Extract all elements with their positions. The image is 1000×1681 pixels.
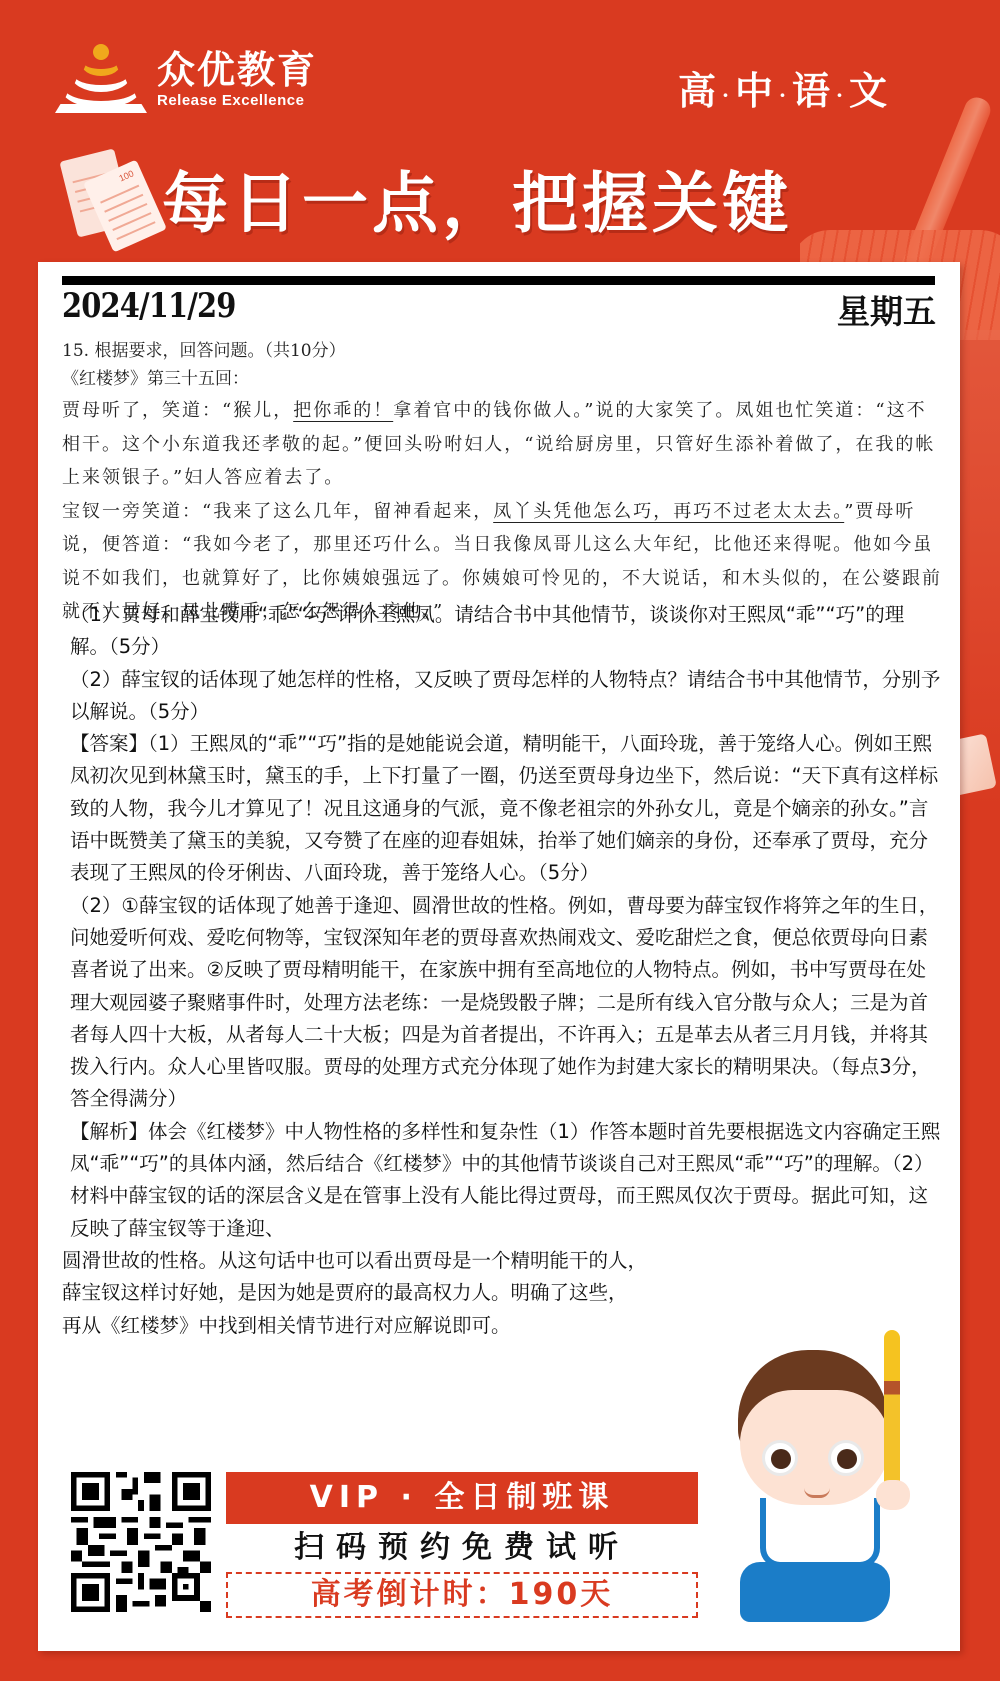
answer-section: （1）贾母和薛宝钗用“乖”“巧”评价王熙凤。请结合书中其他情节，谈谈你对王熙凤“… [62, 599, 942, 1342]
weekday: 星期五 [837, 286, 936, 333]
subject-char: 高 [678, 68, 718, 113]
top-rule-divider [62, 276, 935, 285]
analysis-line: 再从《红楼梦》中找到相关情节进行对应解说即可。 [62, 1310, 682, 1342]
mascot-eye [828, 1440, 864, 1476]
qr-code[interactable] [71, 1472, 211, 1612]
passage-paragraph: 贾母听了，笑道：“猴儿，把你乖的！拿着官中的钱你做人。”说的大家笑了。凤姐也忙笑… [62, 394, 942, 495]
exam-paper-icon: 100 [62, 150, 162, 250]
mascot-hand [876, 1480, 910, 1510]
analysis-line: 圆滑世故的性格。从这句话中也可以看出贾母是一个精明能干的人， [62, 1245, 682, 1277]
underlined-phrase: 把你乖的！ [293, 400, 393, 421]
question-title: 15. 根据要求，回答问题。（共10分） [62, 338, 942, 364]
mascot-eye [762, 1440, 798, 1476]
mascot-legs [740, 1562, 890, 1622]
calligraphy-brush-icon [884, 1330, 900, 1500]
mascot-smile [804, 1488, 830, 1498]
analysis: 【解析】体会《红楼梦》中人物性格的多样性和复杂性（1）作答本题时首先要根据选文内… [62, 1116, 942, 1245]
answer-part-2: （2）①薛宝钗的话体现了她善于逢迎、圆滑世故的性格。例如，曹母要为薛宝钗作将笄之… [62, 890, 942, 1116]
qr-code-icon [71, 1472, 211, 1612]
passage: 贾母听了，笑道：“猴儿，把你乖的！拿着官中的钱你做人。”说的大家笑了。凤姐也忙笑… [62, 394, 942, 629]
logo-icon [55, 42, 147, 114]
analysis-tail: 圆滑世故的性格。从这句话中也可以看出贾母是一个精明能干的人， 薛宝钗这样讨好她，… [62, 1245, 682, 1342]
headline: 每日一点，把握关键 [162, 150, 792, 245]
subject-char: 语 [792, 68, 832, 113]
mascot-face [740, 1390, 890, 1505]
subject-title: 高·中·语·文 [678, 60, 889, 115]
brand-name: 众优教育 [157, 48, 317, 92]
subject-char: 文 [849, 68, 889, 113]
question-section: 15. 根据要求，回答问题。（共10分） 《红楼梦》第三十五回： 贾母听了，笑道… [62, 338, 942, 629]
vip-course-banner[interactable]: VIP · 全日制班课 [226, 1472, 698, 1524]
brand-logo: 众优教育 Release Excellence [55, 42, 317, 114]
scan-to-book-label: 扫码预约免费试听 [226, 1524, 698, 1572]
analysis-line: 薛宝钗这样讨好她，是因为她是贾府的最高权力人。明确了这些， [62, 1277, 682, 1309]
promo-block: VIP · 全日制班课 扫码预约免费试听 高考倒计时：190天 [226, 1472, 698, 1618]
question-source: 《红楼梦》第三十五回： [62, 364, 942, 394]
underlined-phrase: 凤丫头凭他怎么巧，再巧不过老太太去。 [493, 501, 844, 522]
answer-part-1: 【答案】（1）王熙凤的“乖”“巧”指的是她能说会道，精明能干，八面玲珑，善于笼络… [62, 728, 942, 889]
subject-char: 中 [735, 68, 775, 113]
sub-question-2: （2）薛宝钗的话体现了她怎样的性格，又反映了贾母怎样的人物特点？请结合书中其他情… [62, 664, 942, 729]
header: 众优教育 Release Excellence 高·中·语·文 100 每日一点… [0, 0, 1000, 262]
date: 2024/11/29 [62, 286, 235, 326]
sub-question-1: （1）贾母和薛宝钗用“乖”“巧”评价王熙凤。请结合书中其他情节，谈谈你对王熙凤“… [62, 599, 942, 664]
gaokao-countdown: 高考倒计时：190天 [226, 1572, 698, 1618]
mascot-jacket [760, 1498, 880, 1568]
mascot-illustration [700, 1330, 930, 1630]
brand-slogan: Release Excellence [157, 92, 317, 109]
